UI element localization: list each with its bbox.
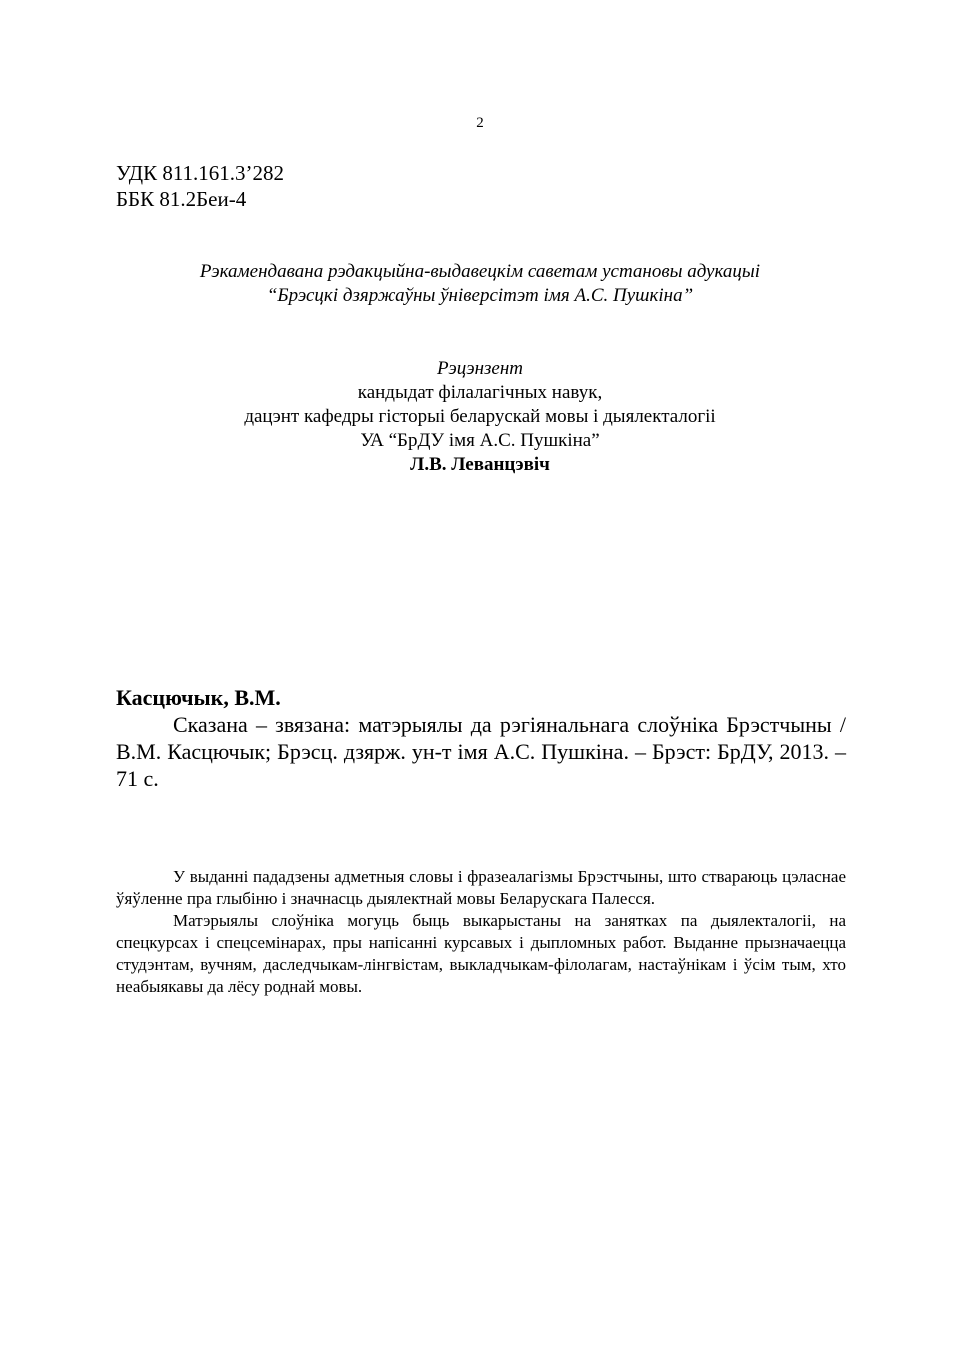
reviewer-institution: УА “БрДУ імя А.С. Пушкіна” (0, 429, 960, 453)
bibliographic-entry: Касцючык, В.М. Сказана – звязана: матэры… (116, 684, 846, 792)
bbk-code: ББК 81.2Беи-4 (116, 186, 284, 212)
recommendation-line-2: “Брэсцкі дзяржаўны ўніверсітэт імя А.С. … (0, 284, 960, 308)
udk-code: УДК 811.161.3’282 (116, 160, 284, 186)
entry-description: Сказана – звязана: матэрыялы да рэгіянал… (116, 711, 846, 792)
recommendation-line-1: Рэкамендавана рэдакцыйна-выдавецкім саве… (0, 260, 960, 284)
reviewer-degree: кандыдат філалагічных навук, (0, 381, 960, 405)
abstract: У выданні пададзены адметныя словы і фра… (116, 866, 846, 998)
recommendation-block: Рэкамендавана рэдакцыйна-выдавецкім саве… (0, 260, 960, 308)
reviewer-name: Л.В. Леванцэвіч (0, 453, 960, 477)
page-number: 2 (0, 115, 960, 132)
entry-author: Касцючык, В.М. (116, 684, 846, 711)
abstract-paragraph: Матэрыялы слоўніка могуць быць выкарыста… (116, 910, 846, 998)
reviewer-block: Рэцэнзент кандыдат філалагічных навук, д… (0, 357, 960, 477)
reviewer-heading: Рэцэнзент (0, 357, 960, 381)
reviewer-position: дацэнт кафедры гісторыі беларускай мовы … (0, 405, 960, 429)
classification-block: УДК 811.161.3’282 ББК 81.2Беи-4 (116, 160, 284, 212)
abstract-paragraph: У выданні пададзены адметныя словы і фра… (116, 866, 846, 910)
